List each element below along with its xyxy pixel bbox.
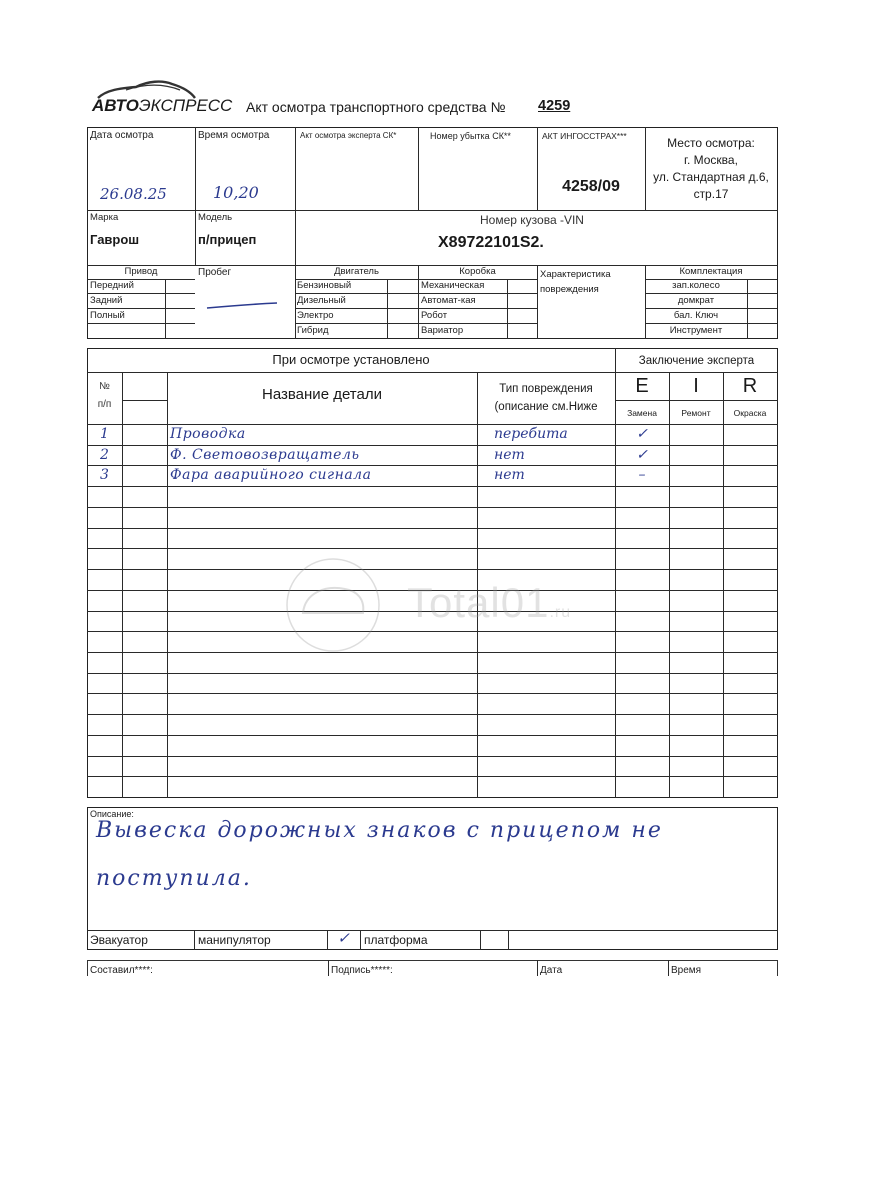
row-part-name[interactable]: [170, 528, 480, 549]
col-damage-type-header: Тип повреждения (описание см.Ниже: [477, 380, 615, 416]
row-part-name[interactable]: Фара аварийного сигнала: [170, 465, 480, 486]
row-repair-mark[interactable]: [669, 590, 723, 611]
row-damage-type[interactable]: [482, 714, 620, 735]
table-row: [87, 735, 778, 756]
gearbox-option-manual[interactable]: Механическая: [421, 280, 484, 291]
row-repair-mark[interactable]: [669, 569, 723, 590]
row-damage-type[interactable]: [482, 486, 620, 507]
row-paint-mark[interactable]: [723, 590, 777, 611]
row-part-name[interactable]: [170, 486, 480, 507]
row-number[interactable]: 2: [87, 445, 122, 466]
table-row: [87, 548, 778, 569]
evacuator-option-platform[interactable]: платформа: [364, 933, 428, 947]
make-value[interactable]: Гаврош: [90, 232, 139, 247]
row-damage-type[interactable]: [482, 735, 620, 756]
table-row: [87, 714, 778, 735]
row-repair-mark[interactable]: [669, 424, 723, 445]
row-part-name[interactable]: [170, 693, 480, 714]
row-repair-mark[interactable]: [669, 507, 723, 528]
row-number[interactable]: 3: [87, 465, 122, 486]
row-repair-mark[interactable]: [669, 528, 723, 549]
engine-option-electric[interactable]: Электро: [297, 310, 334, 321]
row-damage-type[interactable]: [482, 569, 620, 590]
document-title: Акт осмотра транспортного средства №: [246, 99, 505, 115]
row-replace-mark[interactable]: [615, 714, 669, 735]
row-paint-mark[interactable]: [723, 507, 777, 528]
footer-date-label: Дата: [540, 965, 562, 975]
inspection-time-value[interactable]: 10,20: [213, 183, 259, 202]
row-repair-mark[interactable]: [669, 631, 723, 652]
expert-conclusion-title: Заключение эксперта: [615, 355, 778, 367]
row-repair-mark[interactable]: [669, 693, 723, 714]
row-paint-mark[interactable]: [723, 631, 777, 652]
inspection-date-value[interactable]: 26.08.25: [100, 185, 167, 203]
row-replace-mark[interactable]: [615, 507, 669, 528]
equipment-option-wrench[interactable]: бал. Ключ: [645, 310, 747, 321]
footer-time-label: Время: [671, 965, 701, 975]
row-number[interactable]: [87, 631, 122, 652]
damage-characteristic-label: Характеристика повреждения: [540, 267, 640, 297]
table-row: [87, 693, 778, 714]
row-replace-mark[interactable]: [615, 735, 669, 756]
table-row: 3Фара аварийного сигналанет–: [87, 465, 778, 486]
row-damage-type[interactable]: [482, 528, 620, 549]
table-row: [87, 528, 778, 549]
location-line: Место осмотра:: [645, 135, 777, 152]
row-number[interactable]: [87, 735, 122, 756]
composed-by-label: Составил****:: [90, 965, 153, 975]
col-e-header: E: [615, 375, 669, 398]
row-repair-mark[interactable]: [669, 652, 723, 673]
row-number[interactable]: [87, 714, 122, 735]
col-i-header: I: [669, 375, 723, 398]
row-repair-mark[interactable]: [669, 465, 723, 486]
mileage-label: Пробег: [198, 267, 231, 278]
table-row: [87, 507, 778, 528]
row-paint-mark[interactable]: [723, 673, 777, 694]
row-part-name[interactable]: [170, 548, 480, 569]
engine-option-hybrid[interactable]: Гибрид: [297, 325, 329, 336]
row-damage-type[interactable]: [482, 507, 620, 528]
logo-brand-bold: АВТО: [92, 96, 139, 115]
row-paint-mark[interactable]: [723, 548, 777, 569]
table-row: [87, 631, 778, 652]
col-part-name-header: Название детали: [167, 386, 477, 403]
row-damage-type[interactable]: [482, 548, 620, 569]
row-repair-mark[interactable]: [669, 445, 723, 466]
row-part-name[interactable]: [170, 756, 480, 777]
row-replace-mark[interactable]: [615, 611, 669, 632]
inspection-location: Место осмотра: г. Москва, ул. Стандартна…: [645, 135, 777, 203]
row-repair-mark[interactable]: [669, 735, 723, 756]
row-number[interactable]: [87, 548, 122, 569]
drive-option-all[interactable]: Полный: [90, 310, 125, 321]
row-paint-mark[interactable]: [723, 445, 777, 466]
row-paint-mark[interactable]: [723, 424, 777, 445]
engine-option-petrol[interactable]: Бензиновый: [297, 280, 351, 291]
col-number-line2: п/п: [87, 396, 122, 414]
row-part-name[interactable]: [170, 590, 480, 611]
equipment-title: Комплектация: [645, 266, 777, 277]
col-r-header: R: [723, 375, 777, 398]
table-row: [87, 486, 778, 507]
row-replace-mark[interactable]: [615, 631, 669, 652]
table-row: [87, 652, 778, 673]
row-damage-type[interactable]: [482, 590, 620, 611]
col-number-header: № п/п: [87, 378, 122, 414]
row-number[interactable]: [87, 673, 122, 694]
row-damage-type[interactable]: [482, 693, 620, 714]
row-damage-type[interactable]: нет: [482, 465, 620, 486]
row-part-name[interactable]: [170, 735, 480, 756]
col-number-line1: №: [87, 378, 122, 396]
row-paint-mark[interactable]: [723, 756, 777, 777]
row-damage-type[interactable]: перебита: [482, 424, 620, 445]
gearbox-title: Коробка: [418, 266, 537, 277]
evacuator-label: Эвакуатор: [90, 933, 148, 947]
row-repair-mark[interactable]: [669, 776, 723, 797]
equipment-option-jack[interactable]: домкрат: [645, 295, 747, 306]
row-replace-mark[interactable]: [615, 590, 669, 611]
col-paint-subheader: Окраска: [723, 408, 777, 418]
row-part-name[interactable]: [170, 507, 480, 528]
location-line: стр.17: [645, 186, 777, 203]
row-paint-mark[interactable]: [723, 693, 777, 714]
col-damage-line2: (описание см.Ниже: [477, 398, 615, 416]
vin-value[interactable]: X89722101S2.: [438, 234, 544, 252]
row-paint-mark[interactable]: [723, 735, 777, 756]
mileage-dash-mark[interactable]: [205, 300, 280, 312]
row-damage-type[interactable]: [482, 631, 620, 652]
vin-label: Номер кузова -VIN: [480, 213, 584, 227]
row-replace-mark[interactable]: [615, 528, 669, 549]
model-label: Модель: [198, 212, 232, 223]
row-number[interactable]: [87, 693, 122, 714]
row-part-name[interactable]: [170, 673, 480, 694]
table-row: [87, 569, 778, 590]
row-part-name[interactable]: Ф. Световозвращатель: [170, 445, 480, 466]
make-label: Марка: [90, 212, 118, 223]
description-line-1[interactable]: Вывеска дорожных знаков с прицепом не: [96, 818, 663, 843]
location-line: г. Москва,: [645, 152, 777, 169]
row-paint-mark[interactable]: [723, 486, 777, 507]
row-part-name[interactable]: [170, 611, 480, 632]
row-replace-mark[interactable]: [615, 652, 669, 673]
row-number[interactable]: [87, 486, 122, 507]
table-row: 2Ф. Световозвращательнет✓: [87, 445, 778, 466]
row-replace-mark[interactable]: [615, 673, 669, 694]
row-paint-mark[interactable]: [723, 776, 777, 797]
engine-title: Двигатель: [295, 266, 418, 277]
ingos-act-value[interactable]: 4258/09: [537, 178, 645, 196]
row-number[interactable]: [87, 590, 122, 611]
row-repair-mark[interactable]: [669, 714, 723, 735]
row-replace-mark[interactable]: [615, 548, 669, 569]
row-part-name[interactable]: [170, 776, 480, 797]
row-paint-mark[interactable]: [723, 465, 777, 486]
location-line: ул. Стандартная д.6,: [645, 169, 777, 186]
row-number[interactable]: [87, 569, 122, 590]
row-number[interactable]: [87, 611, 122, 632]
row-damage-type[interactable]: [482, 652, 620, 673]
ingos-act-label: АКТ ИНГОССТРАХ***: [542, 131, 627, 141]
act-number: 4259: [538, 98, 570, 114]
row-number[interactable]: [87, 776, 122, 797]
row-part-name[interactable]: [170, 714, 480, 735]
row-repair-mark[interactable]: [669, 673, 723, 694]
equipment-option-spare-wheel[interactable]: зап.колесо: [645, 280, 747, 291]
table-row: [87, 611, 778, 632]
col-replace-subheader: Замена: [615, 408, 669, 418]
drive-option-rear[interactable]: Задний: [90, 295, 122, 306]
row-paint-mark[interactable]: [723, 611, 777, 632]
row-replace-mark[interactable]: ✓: [615, 445, 669, 466]
row-number[interactable]: [87, 756, 122, 777]
row-part-name[interactable]: [170, 652, 480, 673]
row-damage-type[interactable]: нет: [482, 445, 620, 466]
row-repair-mark[interactable]: [669, 486, 723, 507]
row-replace-mark[interactable]: [615, 776, 669, 797]
table-row: 1Проводкаперебита✓: [87, 424, 778, 445]
table-row: [87, 590, 778, 611]
description-line-2[interactable]: поступила.: [96, 866, 252, 891]
row-replace-mark[interactable]: [615, 756, 669, 777]
row-number[interactable]: [87, 528, 122, 549]
drive-option-front[interactable]: Передний: [90, 280, 134, 291]
table-row: [87, 673, 778, 694]
model-value[interactable]: п/прицеп: [198, 232, 256, 247]
row-replace-mark[interactable]: [615, 693, 669, 714]
row-paint-mark[interactable]: [723, 569, 777, 590]
table-row: [87, 776, 778, 797]
row-number[interactable]: [87, 652, 122, 673]
manipulator-check-mark[interactable]: ✓: [327, 929, 360, 947]
col-repair-subheader: Ремонт: [669, 408, 723, 418]
row-paint-mark[interactable]: [723, 714, 777, 735]
row-part-name[interactable]: [170, 631, 480, 652]
row-repair-mark[interactable]: [669, 756, 723, 777]
row-replace-mark[interactable]: –: [615, 465, 669, 486]
logo-brand-light: ЭКСПРЕСС: [139, 96, 232, 115]
title-text: Акт осмотра транспортного средства №: [246, 99, 505, 115]
row-replace-mark[interactable]: [615, 569, 669, 590]
row-repair-mark[interactable]: [669, 548, 723, 569]
engine-option-diesel[interactable]: Дизельный: [297, 295, 346, 306]
findings-section-title: При осмотре установлено: [87, 352, 615, 367]
inspection-time-label: Время осмотра: [198, 130, 269, 141]
row-paint-mark[interactable]: [723, 528, 777, 549]
gearbox-option-robot[interactable]: Робот: [421, 310, 447, 321]
equipment-option-tools[interactable]: Инструмент: [645, 325, 747, 336]
expert-act-label: Акт осмотра эксперта СК*: [300, 131, 396, 140]
drive-title: Привод: [87, 266, 195, 277]
row-part-name[interactable]: Проводка: [170, 424, 480, 445]
row-damage-type[interactable]: [482, 776, 620, 797]
table-row: [87, 756, 778, 777]
col-damage-line1: Тип повреждения: [477, 380, 615, 398]
row-repair-mark[interactable]: [669, 611, 723, 632]
row-damage-type[interactable]: [482, 673, 620, 694]
row-replace-mark[interactable]: [615, 486, 669, 507]
row-number[interactable]: [87, 507, 122, 528]
gearbox-option-auto[interactable]: Автомат-кая: [421, 295, 476, 306]
row-number[interactable]: 1: [87, 424, 122, 445]
row-paint-mark[interactable]: [723, 652, 777, 673]
inspection-date-label: Дата осмотра: [90, 130, 153, 141]
signature-label: Подпись*****:: [331, 965, 393, 975]
row-damage-type[interactable]: [482, 756, 620, 777]
evacuator-option-manipulator[interactable]: манипулятор: [198, 933, 271, 947]
row-damage-type[interactable]: [482, 611, 620, 632]
gearbox-option-cvt[interactable]: Вариатор: [421, 325, 463, 336]
row-part-name[interactable]: [170, 569, 480, 590]
loss-number-label: Номер убытка СК**: [430, 131, 511, 141]
row-replace-mark[interactable]: ✓: [615, 424, 669, 445]
